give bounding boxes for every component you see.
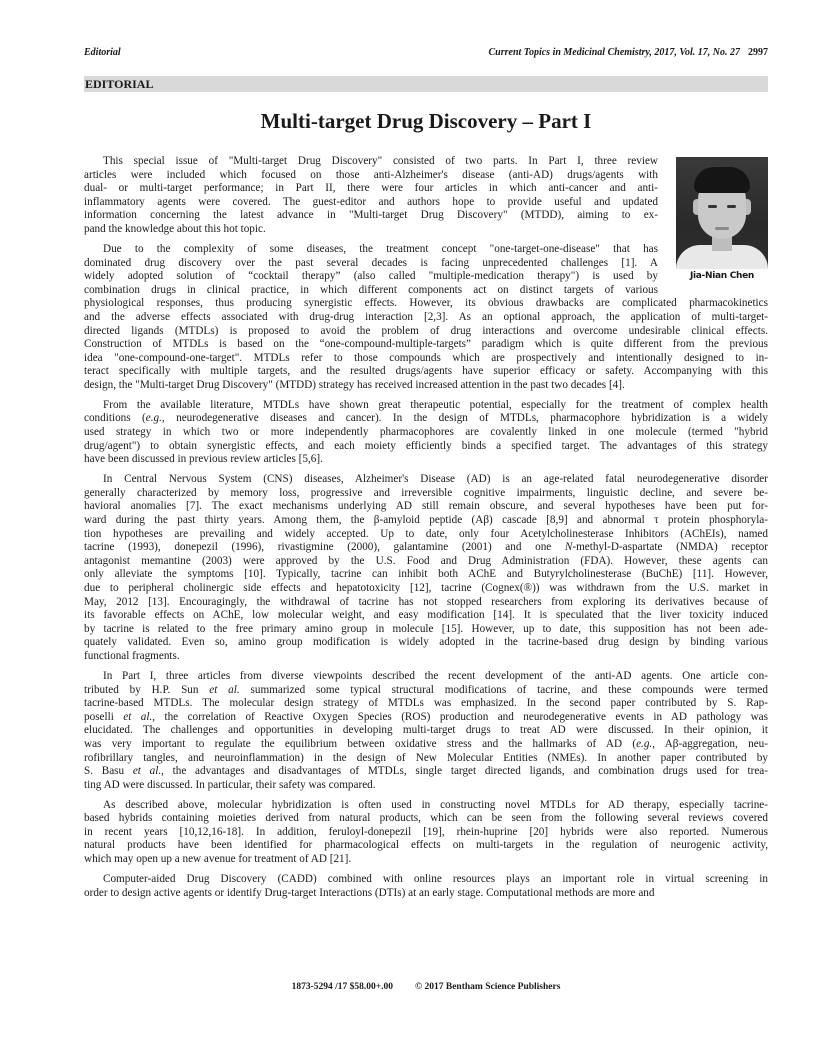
text-line: was very important to regulate the equil… — [84, 738, 768, 752]
paragraph: As described above, molecular hybridizat… — [84, 799, 768, 867]
text-line: articles were included which focused on … — [84, 169, 658, 183]
text-line: tion hypotheses are prevailing and widel… — [84, 528, 768, 542]
text-line: From the available literature, MTDLs hav… — [84, 399, 768, 413]
text-line: widely adopted solution of “cocktail the… — [84, 270, 658, 284]
text-line: combination drugs in clinical practice, … — [84, 284, 658, 298]
text-line: antagonist memantine (2003) were approve… — [84, 555, 768, 569]
text-line: elucidated. The challenges and opportuni… — [84, 724, 768, 738]
text-line: quately validated. Even so, amino group … — [84, 636, 768, 650]
text-line: design, the "Multi-target Drug Discovery… — [84, 379, 768, 393]
text-line: in recent years [10,12,16-18]. In additi… — [84, 826, 768, 840]
text-line: which may open up a new avenue for treat… — [84, 853, 768, 867]
text-line: conditions (e.g., neurodegenerative dise… — [84, 412, 768, 426]
text-line: poselli et al., the correlation of React… — [84, 711, 768, 725]
text-line: teract specifically with multiple target… — [84, 365, 768, 379]
paragraph: From the available literature, MTDLs hav… — [84, 399, 768, 467]
journal-citation-text: Current Topics in Medicinal Chemistry, 2… — [488, 47, 740, 58]
text-line: inflammatory agents were covered. The gu… — [84, 196, 658, 210]
text-line: tributed by H.P. Sun et al. summarized s… — [84, 684, 768, 698]
paragraph: In Part I, three articles from diverse v… — [84, 670, 768, 792]
text-line: physiological responses, thus producing … — [84, 297, 768, 311]
text-line: May, 2012 [13]. Encouragingly, the withd… — [84, 596, 768, 610]
text-line: and the adverse effects associated with … — [84, 311, 768, 325]
text-line: based hybrids containing moieties derive… — [84, 812, 768, 826]
text-line: only alleviate the symptoms [10]. Typica… — [84, 568, 768, 582]
paragraph: In Central Nervous System (CNS) diseases… — [84, 473, 768, 663]
text-line: functional fragments. — [84, 650, 768, 664]
issn-price: 1873-5294 /17 $58.00+.00 — [292, 982, 393, 992]
text-line: have been discussed in previous review a… — [84, 453, 768, 467]
text-line: dominated drug discovery over the past s… — [84, 257, 658, 271]
text-line: order to design active agents or identif… — [84, 887, 768, 901]
text-line: idea "one-compound-one-target". MTDLs re… — [84, 352, 768, 366]
text-line: pand the knowledge about this hot topic. — [84, 223, 658, 237]
text-line: tacrine (1993), donepezil (1996), rivast… — [84, 541, 768, 555]
journal-citation: Current Topics in Medicinal Chemistry, 2… — [488, 47, 768, 58]
paragraph: This special issue of "Multi-target Drug… — [84, 155, 768, 237]
text-line: ting AD were discussed. In particular, t… — [84, 779, 768, 793]
text-line: In Part I, three articles from diverse v… — [84, 670, 768, 684]
paragraph: Due to the complexity of some diseases, … — [84, 243, 768, 393]
page-number: 2997 — [748, 47, 768, 58]
text-line: information concerning the latest advanc… — [84, 209, 658, 223]
article-body: This special issue of "Multi-target Drug… — [84, 155, 768, 907]
text-line: ward during the past thirty years. Among… — [84, 514, 768, 528]
text-line: generally characterized by memory loss, … — [84, 487, 768, 501]
text-line: due to peripheral cholinergic side effec… — [84, 582, 768, 596]
paragraph: Computer-aided Drug Discovery (CADD) com… — [84, 873, 768, 900]
article-title: Multi-target Drug Discovery – Part I — [84, 108, 768, 134]
text-line: Computer-aided Drug Discovery (CADD) com… — [84, 873, 768, 887]
text-line: rofibrillary tangles, and neuroinflammat… — [84, 752, 768, 766]
footer: 1873-5294 /17 $58.00+.00© 2017 Bentham S… — [84, 982, 768, 992]
text-line: directed ligands (MTDLs) is proposed to … — [84, 325, 768, 339]
text-line: In Central Nervous System (CNS) diseases… — [84, 473, 768, 487]
text-line: tacrine-based MTDLs. The molecular desig… — [84, 697, 768, 711]
running-head: Editorial Current Topics in Medicinal Ch… — [84, 47, 768, 61]
copyright: © 2017 Bentham Science Publishers — [415, 982, 560, 992]
text-line: its favorable effects on AChE, low molec… — [84, 609, 768, 623]
text-line: Due to the complexity of some diseases, … — [84, 243, 658, 257]
text-line: havioral anomalies [7]. The exact mechan… — [84, 500, 768, 514]
text-line: natural products have been identified fo… — [84, 839, 768, 853]
section-label: Editorial — [84, 47, 121, 58]
text-line: Construction of MTDLs is based on the “o… — [84, 338, 768, 352]
text-line: drug/agent") to obtain synergistic effec… — [84, 440, 768, 454]
text-line: used strategy in which two or more indep… — [84, 426, 768, 440]
text-line: dual- or multi-target performance; in Pa… — [84, 182, 658, 196]
text-line: S. Basu et al., the advantages and disad… — [84, 765, 768, 779]
section-bar: EDITORIAL — [84, 76, 768, 92]
text-line: As described above, molecular hybridizat… — [84, 799, 768, 813]
text-line: by tacrine is related to the free primar… — [84, 623, 768, 637]
text-line: This special issue of "Multi-target Drug… — [84, 155, 658, 169]
